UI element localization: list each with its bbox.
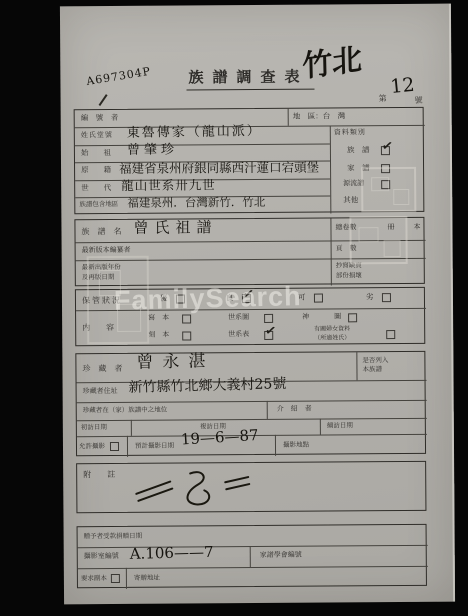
divider xyxy=(275,435,276,456)
notes-label: 附 註 xyxy=(83,470,115,479)
hall-name-value: 東魯傳家（龍山派） xyxy=(127,125,262,140)
condition-good-checkbox: ✓ xyxy=(242,294,251,303)
handwritten-serial: A697304P xyxy=(86,66,152,88)
divider xyxy=(356,352,357,380)
pedigree-table-checkbox: ✓ xyxy=(264,331,273,340)
handwritten-note-scribble xyxy=(132,466,272,509)
printed-copy-label: 刻 本 xyxy=(148,332,169,340)
holder-address-value: 新竹縣竹北鄉大義村25號 xyxy=(128,377,286,395)
pen-stray-mark xyxy=(99,94,108,106)
divider xyxy=(330,218,331,285)
planned-filming-date-label: 預計攝影日期 xyxy=(135,443,174,451)
divider xyxy=(75,143,330,146)
women-info-checkbox xyxy=(386,330,395,339)
stamp-inner-mark xyxy=(371,177,389,191)
generation-label: 世 代 xyxy=(81,184,111,193)
divider xyxy=(77,418,427,421)
filming-permitted-checkbox xyxy=(110,442,119,451)
first-ancestor-value: 曾肇珍 xyxy=(127,144,178,157)
category-other-label: 其他 xyxy=(343,196,358,205)
condition-fair-checkbox xyxy=(314,294,323,303)
divider xyxy=(250,546,251,567)
introducer-label: 介 紹 者 xyxy=(277,406,312,414)
category-label: 資料類別 xyxy=(334,129,366,137)
followup-visit-label: 續訪日期 xyxy=(327,422,353,430)
manuscript-label: 寫 本 xyxy=(148,315,169,323)
stamp-inner-mark xyxy=(99,270,121,296)
holder-table: 珍 藏 者 曾永湛 是否列入 本族譜 珍藏者住址 新竹縣竹北鄉大義村25號 珍藏… xyxy=(75,351,426,456)
divider xyxy=(320,419,321,435)
stamp-ghost xyxy=(349,216,407,264)
stamp-ghost xyxy=(361,167,416,212)
holder-address-label: 珍藏者住址 xyxy=(83,388,118,396)
holder-value: 曾永湛 xyxy=(136,353,214,372)
listed-in-genealogy-label-2: 本族譜 xyxy=(362,366,382,374)
women-info-label-1: 有關婦女資料 xyxy=(314,326,350,333)
planned-filming-date-value: 19—6—87 xyxy=(181,428,259,448)
film-number-label: 攝影室編號 xyxy=(84,553,119,561)
shrine-chart-label-2: 圖 xyxy=(334,313,341,321)
first-ancestor-label: 始 祖 xyxy=(81,149,111,158)
stamp-inner-mark xyxy=(384,240,401,257)
shrine-chart-label-1: 神 xyxy=(302,314,309,322)
volumes-unit-ben: 本 xyxy=(413,224,420,232)
condition-fair-label: 可 xyxy=(298,294,306,303)
form-number-suffix: 號 xyxy=(415,96,423,105)
stamp-inner-mark xyxy=(358,227,378,242)
filming-permitted-label: 允許攝影 xyxy=(79,443,105,451)
check-mark: ✓ xyxy=(381,138,394,153)
request-copy-checkbox xyxy=(111,574,120,583)
divider xyxy=(126,568,127,589)
scanned-page: { "header": { "serial": "A697304P", "tit… xyxy=(0,0,468,616)
condition-poor-label: 劣 xyxy=(366,293,374,302)
society-number-label: 家譜學會編號 xyxy=(260,552,302,560)
condition-excellent-label: 優 xyxy=(160,295,168,304)
origin-label: 原 籍 xyxy=(81,166,111,175)
divider xyxy=(267,401,268,419)
form-number-prefix: 第 xyxy=(379,94,387,103)
divider xyxy=(131,420,132,436)
region-label: 地 區：台 灣 xyxy=(293,112,346,121)
stamp-inner-mark xyxy=(393,189,409,205)
send-address-label: 寄贈地址 xyxy=(134,575,160,583)
book-name-label: 族 譜 名 xyxy=(81,227,121,236)
printed-copy-checkbox xyxy=(182,331,191,340)
origin-value: 福建省泉州府銀同縣西汁蓮口宕頭堡 xyxy=(119,162,319,176)
notes-table: 附 註 xyxy=(76,461,426,513)
listed-in-genealogy-label-1: 是否列入 xyxy=(362,357,388,365)
scanned-form-paper: A697304P 族譜調查表 竹北 第 12 號 編 號 者 地 區：台 灣 姓… xyxy=(60,4,455,605)
handwritten-place-note: 竹北 xyxy=(302,45,362,83)
surveyor-label: 編 號 者 xyxy=(81,114,119,123)
first-visit-label: 初訪日期 xyxy=(81,424,107,432)
admin-table: 贈予者受款捐贈日期 攝影室編號 A.106——7 家譜學會編號 要求副本 寄贈地… xyxy=(77,524,427,588)
request-copy-label: 要求副本 xyxy=(81,575,107,583)
category-zupu-label: 族 譜 xyxy=(347,146,370,155)
divider xyxy=(78,566,428,569)
stamp-inner-mark xyxy=(117,304,141,332)
filming-place-label: 攝影地點 xyxy=(283,442,309,450)
holder-label: 珍 藏 者 xyxy=(82,364,122,373)
book-name-value: 曾氏祖譜 xyxy=(133,220,217,236)
coverage-area-label: 族譜包含地區 xyxy=(79,201,118,209)
stamp-ghost xyxy=(87,256,150,344)
manuscript-checkbox xyxy=(182,314,191,323)
divider xyxy=(127,436,128,457)
condition-excellent-checkbox xyxy=(176,295,185,304)
shrine-chart-checkbox xyxy=(348,313,357,322)
check-mark: ✓ xyxy=(264,323,277,338)
generation-value: 龍山世系卅九世 xyxy=(121,179,216,192)
divider xyxy=(288,109,289,126)
holder-position-label: 珍藏者在（家）族譜中之地位 xyxy=(83,407,168,415)
category-zupu-checkbox: ✓ xyxy=(381,146,390,155)
partial-damage-label: 部份損壞 xyxy=(336,272,362,280)
divider xyxy=(330,125,332,213)
handwritten-form-number: 12 xyxy=(390,76,416,97)
check-mark: ✓ xyxy=(242,286,255,301)
women-info-label-2: （所適姓氏） xyxy=(314,335,350,342)
pedigree-table-label: 世系表 xyxy=(228,331,249,339)
editor-label: 最新版本編纂者 xyxy=(82,247,131,255)
divider xyxy=(77,400,427,403)
pedigree-chart-label: 世系圖 xyxy=(228,314,249,322)
donation-date-label: 贈予者受款捐贈日期 xyxy=(84,533,143,541)
form-title: 族譜調查表 xyxy=(186,69,314,91)
hall-name-label: 姓氏堂號 xyxy=(81,132,113,140)
condition-good-label: 良 xyxy=(226,294,234,303)
film-number-value: A.106——7 xyxy=(130,545,214,562)
condition-poor-checkbox xyxy=(382,293,391,302)
coverage-area-value: 福建泉州．台灣新竹．竹北 xyxy=(127,197,265,209)
